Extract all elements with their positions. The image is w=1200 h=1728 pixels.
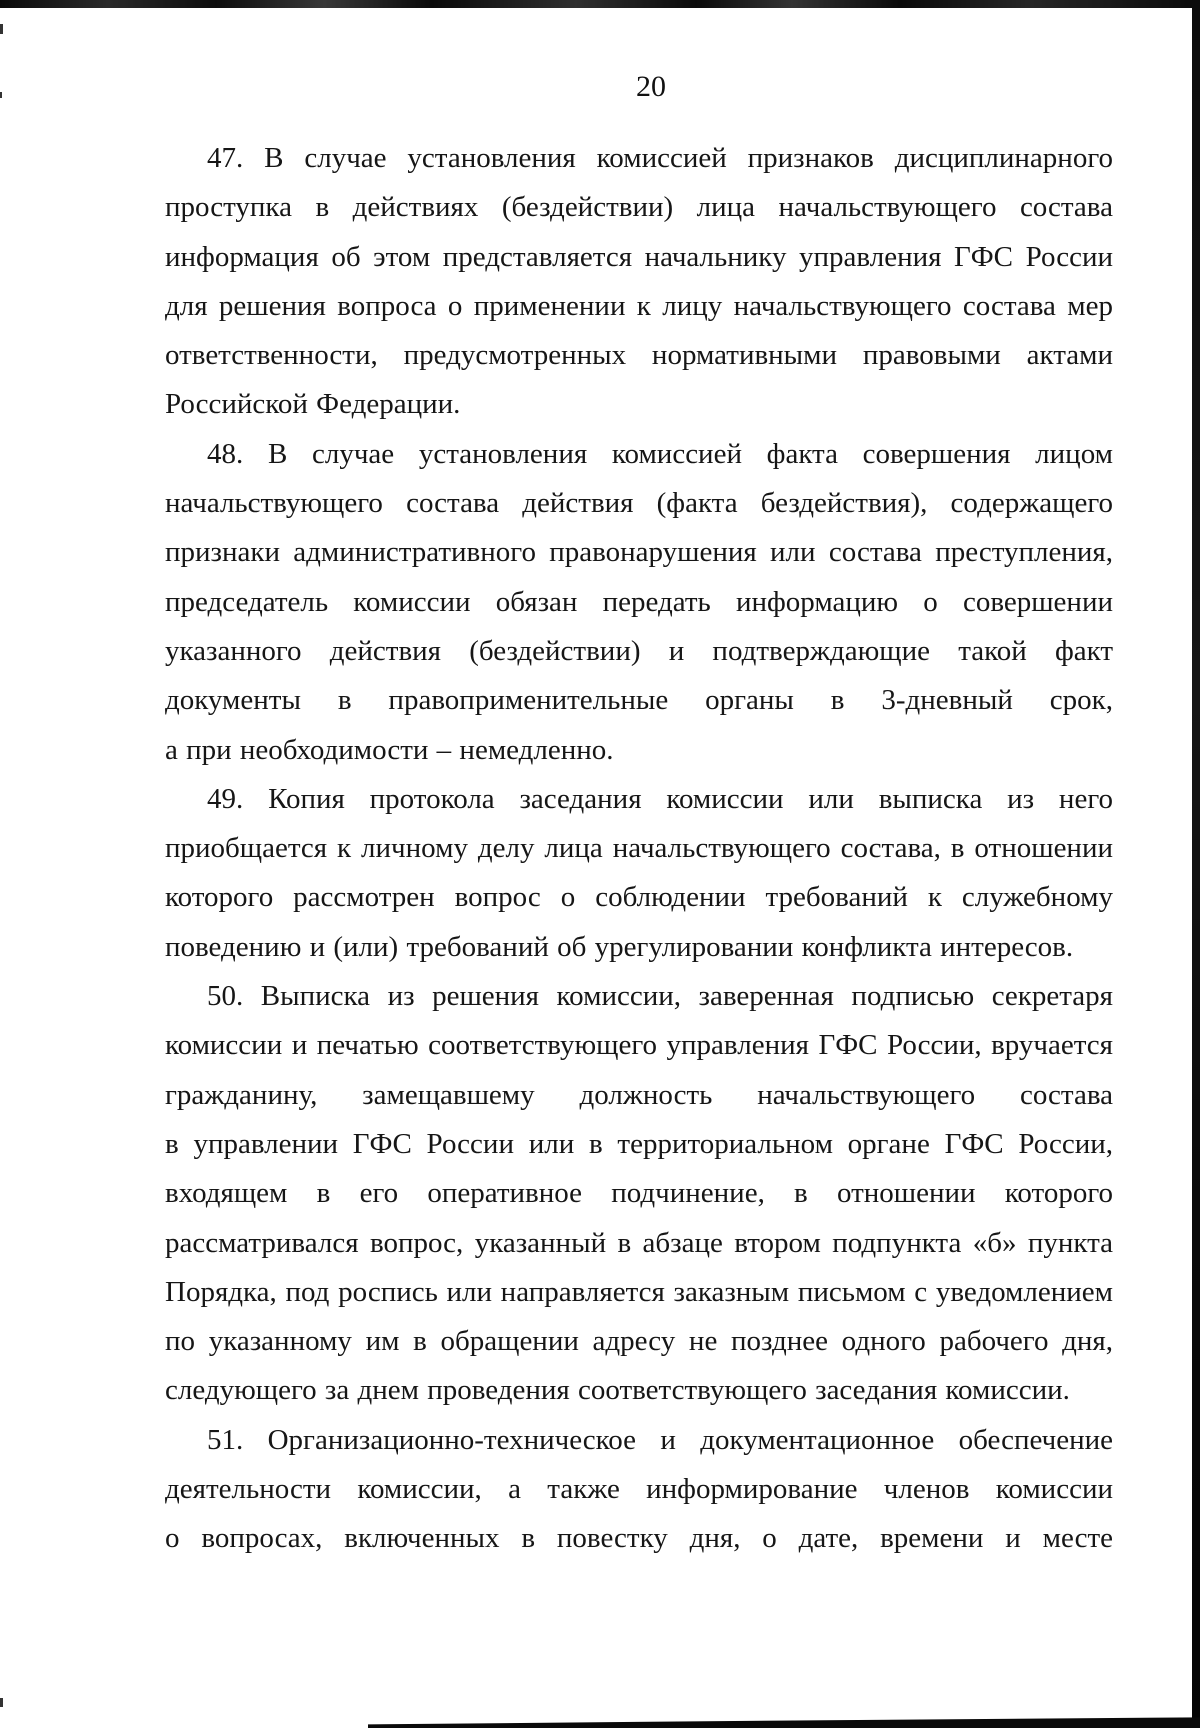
text-line: для решения вопроса о применении к лицу … — [165, 282, 1113, 331]
text-line: приобщается к личному делу лица начальст… — [165, 824, 1113, 873]
paragraph: 47. В случае установления комиссией приз… — [165, 134, 1113, 430]
paragraph: 51. Организационно-техническое и докумен… — [165, 1416, 1113, 1564]
text-line: входящем в его оперативное подчинение, в… — [165, 1169, 1113, 1218]
scan-speck — [0, 24, 3, 34]
text-line: 49. Копия протокола заседания комиссии и… — [165, 775, 1113, 824]
text-line: ответственности, предусмотренных нормати… — [165, 331, 1113, 380]
scan-artifact-bottom-bar — [368, 1715, 1200, 1728]
document-body: 47. В случае установления комиссией приз… — [165, 134, 1113, 1564]
scan-speck — [0, 1698, 3, 1707]
text-line: признаки административного правонарушени… — [165, 528, 1113, 577]
scan-speck — [0, 92, 2, 98]
text-line: комиссии и печатью соответствующего упра… — [165, 1021, 1113, 1070]
text-line: документы в правоприменительные органы в… — [165, 676, 1113, 725]
text-line: следующего за днем проведения соответств… — [165, 1366, 1113, 1415]
text-line: 51. Организационно-техническое и докумен… — [165, 1416, 1113, 1465]
text-line: в управлении ГФС России или в территориа… — [165, 1120, 1113, 1169]
text-line: а при необходимости – немедленно. — [165, 726, 1113, 775]
text-line: по указанному им в обращении адресу не п… — [165, 1317, 1113, 1366]
text-line: гражданину, замещавшему должность началь… — [165, 1071, 1113, 1120]
text-line: Российской Федерации. — [165, 380, 1113, 429]
text-line: которого рассмотрен вопрос о соблюдении … — [165, 873, 1113, 922]
document-page: 20 47. В случае установления комиссией п… — [0, 0, 1200, 1728]
text-line: 48. В случае установления комиссией факт… — [165, 430, 1113, 479]
text-line: Порядка, под роспись или направляется за… — [165, 1268, 1113, 1317]
text-line: указанного действия (бездействии) и подт… — [165, 627, 1113, 676]
text-line: поведению и (или) требований об урегулир… — [165, 923, 1113, 972]
text-line: рассматривался вопрос, указанный в абзац… — [165, 1219, 1113, 1268]
paragraph: 48. В случае установления комиссией факт… — [165, 430, 1113, 775]
text-line: начальствующего состава действия (факта … — [165, 479, 1113, 528]
text-line: 50. Выписка из решения комиссии, заверен… — [165, 972, 1113, 1021]
text-line: председатель комиссии обязан передать ин… — [165, 578, 1113, 627]
text-line: 47. В случае установления комиссией приз… — [165, 134, 1113, 183]
text-line: проступка в действиях (бездействии) лица… — [165, 183, 1113, 232]
paragraph: 50. Выписка из решения комиссии, заверен… — [165, 972, 1113, 1416]
paragraph: 49. Копия протокола заседания комиссии и… — [165, 775, 1113, 972]
text-line: о вопросах, включенных в повестку дня, о… — [165, 1514, 1113, 1563]
scan-artifact-right-bar — [1192, 0, 1200, 1728]
page-number: 20 — [636, 70, 666, 104]
text-line: информация об этом представляется началь… — [165, 233, 1113, 282]
scan-artifact-top-bar — [0, 0, 1200, 8]
text-line: деятельности комиссии, а также информиро… — [165, 1465, 1113, 1514]
